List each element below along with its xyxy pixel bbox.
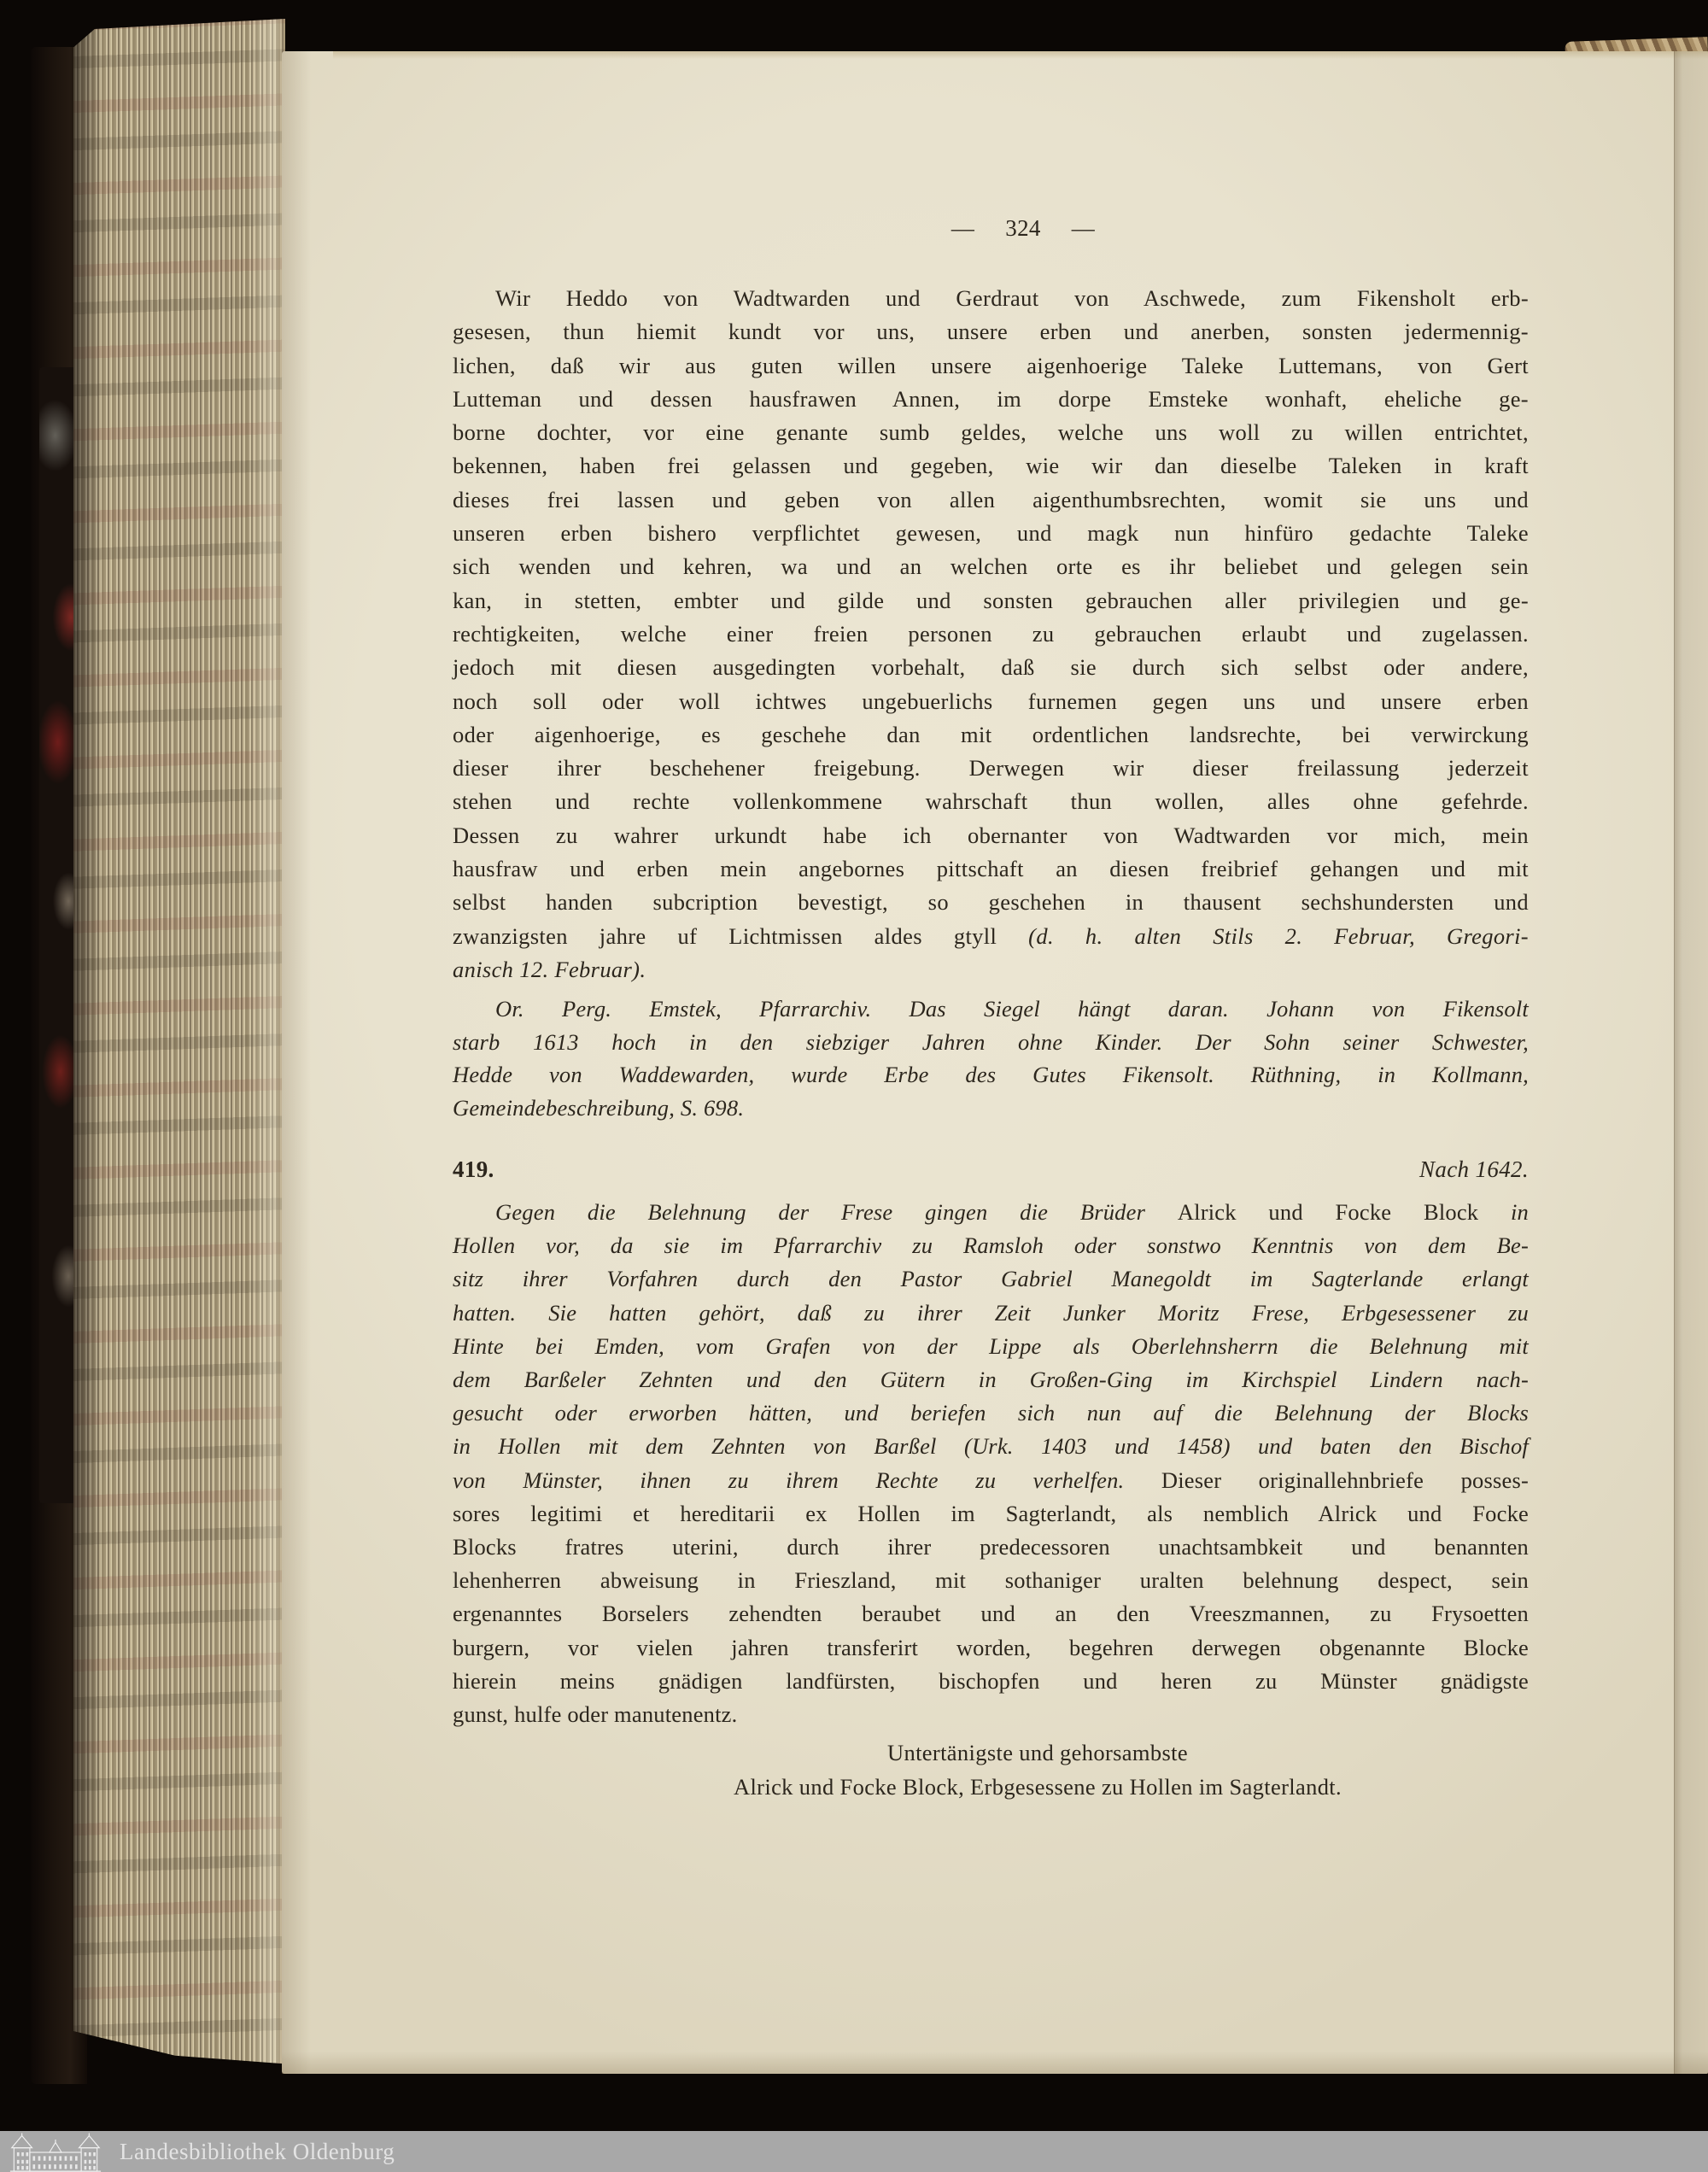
text-line: selbst handen subcription bevestigt, so … <box>453 886 1529 919</box>
text-line: sich wenden und kehren, wa und an welche… <box>453 550 1529 583</box>
text-line: gesucht oder erworben hätten, und berief… <box>453 1396 1529 1430</box>
text-line: oder aigenhoerige, es geschehe dan mit o… <box>453 718 1529 752</box>
entry-header: 419. Nach 1642. <box>453 1156 1529 1183</box>
page-stack-fore-edge <box>73 19 285 2072</box>
text-line: hausfraw und erben mein angebornes pitts… <box>453 852 1529 886</box>
text-line: lehenherren abweisung in Frieszland, mit… <box>453 1564 1529 1597</box>
closing-block: Untertänigste und gehorsambste Alrick un… <box>500 1736 1576 1804</box>
text-line: lichen, daß wir aus guten willen unsere … <box>453 349 1529 383</box>
source-note-paragraph: Or. Perg. Emstek, Pfarrarchiv. Das Siege… <box>453 992 1529 1124</box>
text-line: Hinte bei Emden, vom Grafen von der Lipp… <box>453 1330 1529 1363</box>
text-line: Or. Perg. Emstek, Pfarrarchiv. Das Siege… <box>453 992 1529 1026</box>
scanned-book-page: — 324 — Wir Heddo von Wadtwarden und Ger… <box>0 0 1708 2172</box>
text-line: kan, in stetten, embter und gilde und so… <box>453 584 1529 618</box>
text-line: Lutteman und dessen hausfrawen Annen, im… <box>453 383 1529 416</box>
text-line: sitz ihrer Vorfahren durch den Pastor Ga… <box>453 1262 1529 1296</box>
text-line: sores legitimi et hereditarii ex Hollen … <box>453 1497 1529 1531</box>
text-line: burgern, vor vielen jahren transferirt w… <box>453 1631 1529 1665</box>
closing-line-2: Alrick und Focke Block, Erbgesessene zu … <box>500 1770 1576 1804</box>
text-line: Wir Heddo von Wadtwarden und Gerdraut vo… <box>453 282 1529 315</box>
text-line: gesesen, thun hiemit kundt vor uns, unse… <box>453 315 1529 348</box>
text-line: stehen und rechte vollenkommene wahrscha… <box>453 785 1529 818</box>
text-line: in Hollen mit dem Zehnten von Barßel (Ur… <box>453 1430 1529 1463</box>
page-left-shade <box>282 51 311 2074</box>
footer-library-name: Landesbibliothek Oldenburg <box>120 2131 395 2172</box>
text-line: dem Barßeler Zehnten und den Gütern in G… <box>453 1363 1529 1396</box>
manumission-charter-paragraph: Wir Heddo von Wadtwarden und Gerdraut vo… <box>453 282 1529 986</box>
text-line: Dessen zu wahrer urkundt habe ich oberna… <box>453 819 1529 852</box>
text-line: rechtigkeiten, welche einer freien perso… <box>453 618 1529 651</box>
book-page: — 324 — Wir Heddo von Wadtwarden und Ger… <box>282 51 1708 2074</box>
text-line: Blocks fratres uterini, durch ihrer pred… <box>453 1531 1529 1564</box>
text-line: dieses frei lassen und geben von allen a… <box>453 483 1529 517</box>
page-number-row: — 324 — <box>485 215 1561 242</box>
entry-number: 419. <box>453 1156 494 1183</box>
text-line: Hollen vor, da sie im Pfarrarchiv zu Ram… <box>453 1229 1529 1262</box>
text-line: Gemeindebeschreibung, S. 698. <box>453 1092 1529 1125</box>
page-number-dash-right: — <box>1072 215 1095 242</box>
page-number: 324 <box>1005 215 1041 242</box>
entry-date: Nach 1642. <box>1419 1156 1529 1183</box>
text-line: dieser ihrer beschehener freigebung. Der… <box>453 752 1529 785</box>
entry-419-paragraph: Gegen die Belehnung der Frese gingen die… <box>453 1196 1529 1731</box>
page-number-dash-left: — <box>951 215 974 242</box>
text-line: ergenanntes Borselers zehendten beraubet… <box>453 1597 1529 1630</box>
closing-line-1: Untertänigste und gehorsambste <box>500 1736 1576 1770</box>
text-line: unseren erben bishero verpflichtet gewes… <box>453 517 1529 550</box>
text-line: hierein meins gnädigen landfürsten, bisc… <box>453 1665 1529 1698</box>
text-line: borne dochter, vor eine genante sumb gel… <box>453 416 1529 449</box>
footer-bar: Landesbibliothek Oldenburg <box>0 2131 1708 2172</box>
text-line: gunst, hulfe oder manutenentz. <box>453 1698 1529 1731</box>
text-line: Hedde von Waddewarden, wurde Erbe des Gu… <box>453 1058 1529 1092</box>
text-line: jedoch mit diesen ausgedingten vorbehalt… <box>453 651 1529 684</box>
text-line: bekennen, haben frei gelassen und gegebe… <box>453 449 1529 483</box>
text-column: — 324 — Wir Heddo von Wadtwarden und Ger… <box>453 51 1529 2074</box>
text-line: anisch 12. Februar). <box>453 953 1529 986</box>
text-line: Gegen die Belehnung der Frese gingen die… <box>453 1196 1529 1229</box>
library-building-icon <box>5 2133 106 2172</box>
gutter-fold <box>1674 51 1708 2074</box>
text-line: noch soll oder woll ichtwes ungebuerlich… <box>453 685 1529 718</box>
text-line: von Münster, ihnen zu ihrem Rechte zu ve… <box>453 1464 1529 1497</box>
text-line: starb 1613 hoch in den siebziger Jahren … <box>453 1026 1529 1059</box>
text-line: zwanzigsten jahre uf Lichtmissen aldes g… <box>453 920 1529 953</box>
text-line: hatten. Sie hatten gehört, daß zu ihrer … <box>453 1297 1529 1330</box>
